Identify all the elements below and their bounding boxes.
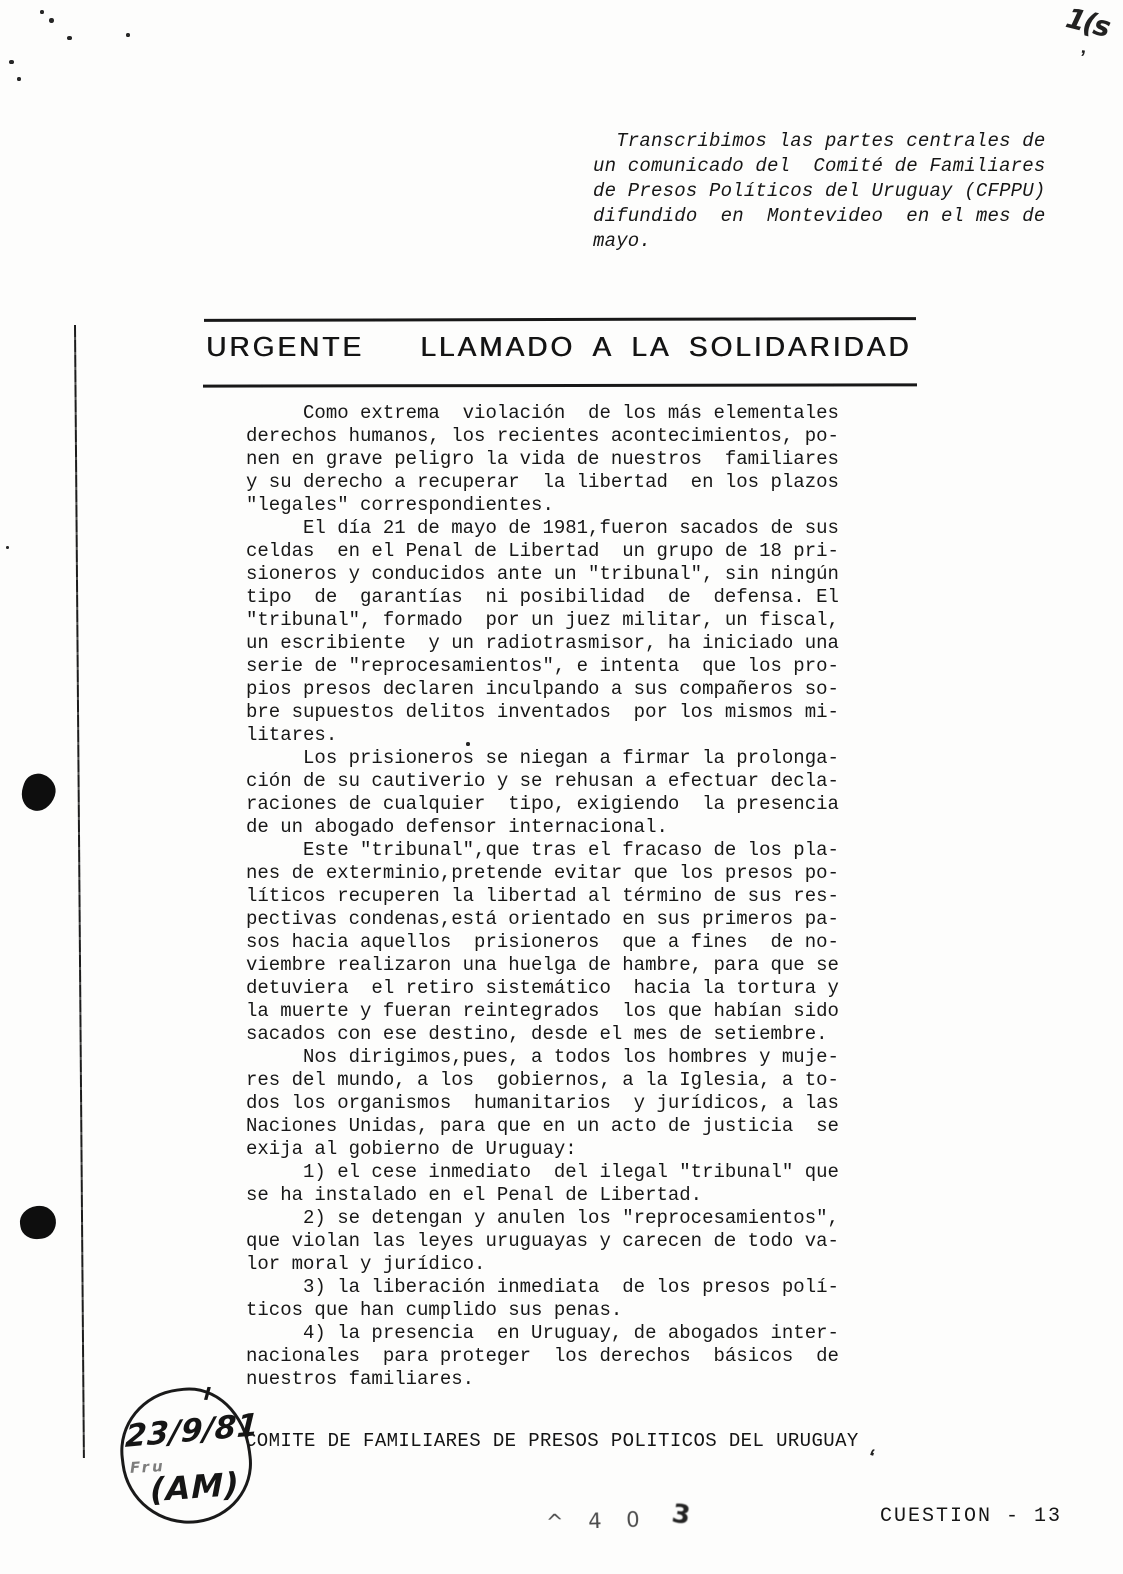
ink-blot (17, 770, 60, 815)
ink-speck (17, 77, 21, 81)
document-body: Como extrema violación de los más elemen… (246, 402, 839, 1391)
signature-line: COMITE DE FAMILIARES DE PRESOS POLITICOS… (245, 1430, 859, 1452)
paragraph: Como extrema violación de los más elemen… (246, 402, 839, 517)
paragraph: Los prisioneros se niegan a firmar la pr… (246, 747, 839, 839)
scanned-document-page: 1(s ʼ Transcribimos las partes centrales… (0, 0, 1123, 1574)
paragraph: Este "tribunal",que tras el fracaso de l… (246, 839, 839, 1046)
transcription-note: Transcribimos las partes centrales de un… (593, 129, 1045, 254)
ink-speck (49, 18, 54, 23)
handwritten-tick-top-right: ʼ (1074, 47, 1090, 72)
stamp-circle (113, 1381, 259, 1532)
scan-smudge-right: 3 (670, 1499, 693, 1531)
ink-speck (40, 10, 44, 14)
paragraph: El día 21 de mayo de 1981,fueron sacados… (246, 517, 839, 747)
left-margin-line (74, 325, 85, 1458)
paragraph: Nos dirigimos,pues, a todos los hombres … (246, 1046, 839, 1161)
scan-smudge-left: ^ 4 0 (546, 1507, 649, 1535)
document-title: URGENTE LLAMADO A LA SOLIDARIDAD (206, 331, 912, 363)
stamp-tick-mark: I (203, 1384, 211, 1405)
ink-speck (126, 33, 130, 37)
paragraph-demands-list: 1) el cese inmediato del ilegal "tribuna… (246, 1161, 839, 1391)
signature-tick-mark: ʻ (860, 1445, 880, 1473)
ink-speck (6, 546, 9, 549)
stamp-initials: (AM) (150, 1465, 240, 1509)
handwritten-mark-top-right: 1(s (1063, 1, 1113, 43)
ink-speck (9, 60, 14, 64)
ink-speck (67, 36, 72, 40)
ink-blot (18, 1204, 58, 1242)
title-rule-top (204, 317, 916, 322)
page-number-label: CUESTION - 13 (880, 1505, 1062, 1528)
title-rule-bottom (203, 383, 917, 387)
